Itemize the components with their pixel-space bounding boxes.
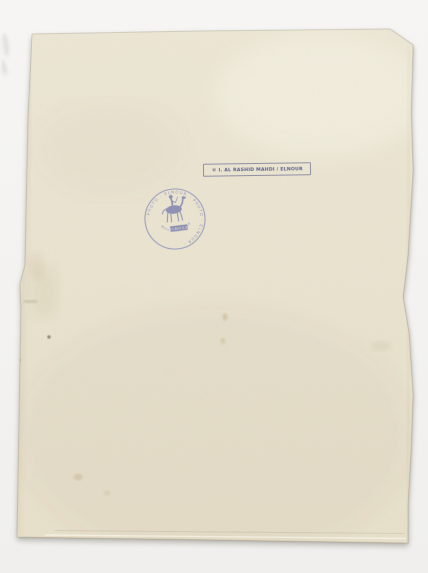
studio-stamp: · PHOTO · ELNOUR · PHOTO · ELNOUR · ELNO…: [133, 177, 217, 261]
copyright-stamp-text: © I. AL RASHID MAHDI / ELNOUR: [212, 166, 303, 172]
studio-stamp-border: [142, 186, 209, 253]
paper-sheet: [0, 0, 428, 573]
paper-texture-group: [0, 0, 428, 573]
photo-backdrop: © I. AL RASHID MAHDI / ELNOUR · PHOTO · …: [0, 0, 428, 573]
paper-grain: [0, 0, 428, 573]
copyright-stamp: © I. AL RASHID MAHDI / ELNOUR: [203, 162, 311, 177]
camel-rider-icon: [160, 193, 189, 223]
studio-stamp-ring-text: · PHOTO · ELNOUR · PHOTO · ELNOUR ·: [142, 186, 208, 251]
backdrop-scuff: [2, 34, 7, 72]
